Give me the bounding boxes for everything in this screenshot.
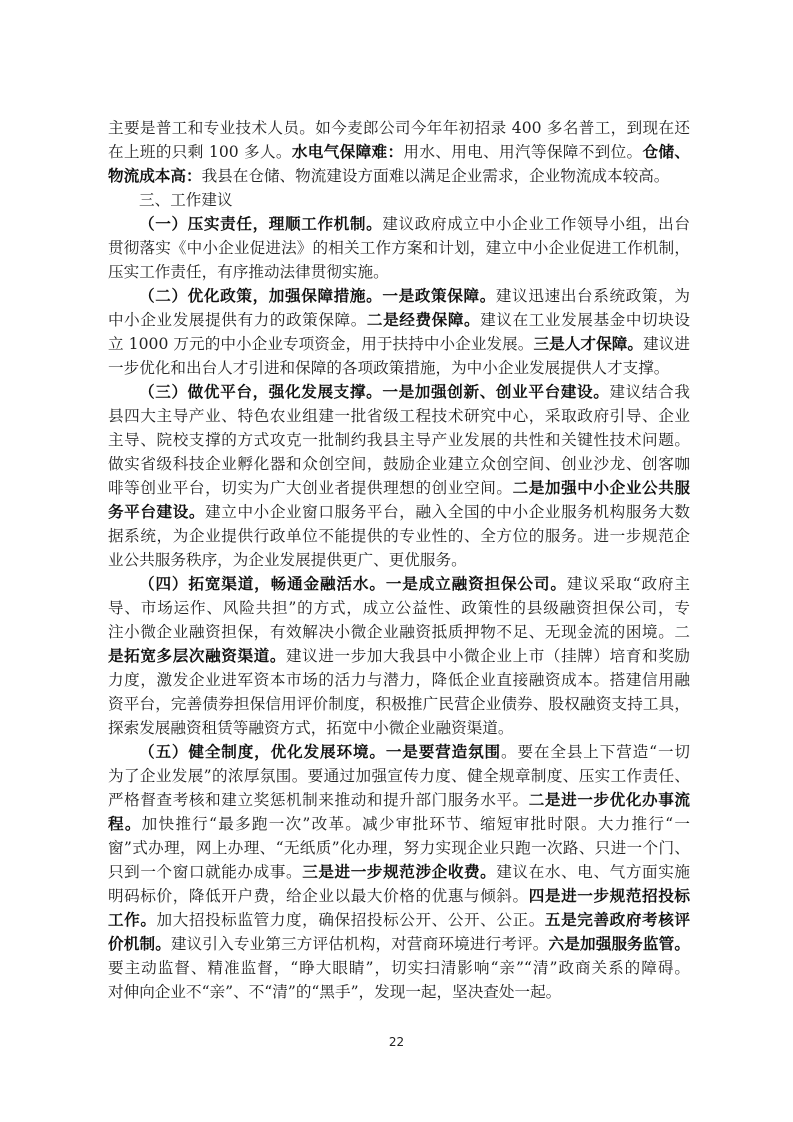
bold-text: 二是经费保障。	[367, 310, 480, 329]
text-line: 主导、院校支撑的方式攻克一批制约我县主导产业发展的共性和关键性技术问题。	[108, 428, 690, 452]
text-run: 加快推行“最多跑一次”改革。减少审批环节、缩短审批时限。大力推行“一	[142, 815, 690, 833]
text-run: 注小微企业融资担保，有效解决小微企业融资抵质押物不足、无现金流的困境。二	[108, 623, 690, 641]
text-run: 明码标价，降低开户费，给企业以最大价格的优惠与倾斜。	[108, 887, 529, 905]
text-run: 建议引入专业第三方评估机构，对营商环境进行考评。	[171, 935, 549, 953]
text-line: 明码标价，降低开户费，给企业以最大价格的优惠与倾斜。四是进一步规范招投标	[108, 884, 690, 908]
bold-text: （四）拓宽渠道，畅通金融活水。一是成立融资担保公司。	[139, 574, 567, 593]
text-line: 探索发展融资租赁等融资方式，拓宽中小微企业融资渠道。	[108, 716, 690, 740]
text-run: 做实省级科技企业孵化器和众创空间，鼓励企业建立众创空间、创业沙龙、创客咖	[108, 455, 690, 473]
bold-text: 二是加强中小企业公共服	[513, 478, 690, 497]
text-line: 一步优化和出台人才引进和保障的各项政策措施，为中小企业发展提供人才支撑。	[108, 356, 690, 380]
text-line: 物流成本高：我县在仓储、物流建设方面难以满足企业需求，企业物流成本较高。	[108, 164, 690, 188]
text-line: 在上班的只剩 100 多人。水电气保障难：用水、用电、用汽等保障不到位。仓储、	[108, 140, 690, 164]
text-run: 为了企业发展”的浓厚氛围。要通过加强宣传力度、健全规章制度、压实工作责任、	[108, 767, 690, 785]
text-line: 业公共服务秩序，为企业发展提供更广、更优服务。	[108, 548, 690, 572]
text-line: 为了企业发展”的浓厚氛围。要通过加强宣传力度、健全规章制度、压实工作责任、	[108, 764, 690, 788]
text-run: 主导、院校支撑的方式攻克一批制约我县主导产业发展的共性和关键性技术问题。	[108, 431, 690, 449]
text-line: 压实工作责任，有序推动法律贯彻实施。	[108, 260, 690, 284]
text-run: 三、工作建议	[139, 191, 233, 209]
text-run: 窗”式办理，网上办理、“无纸质”化办理，努力实现企业只跑一次路、只进一个门、	[108, 839, 690, 857]
text-run: 主要是普工和专业技术人员。如今麦郎公司今年年初招录 400 多名普工，到现在还	[108, 119, 690, 137]
text-line: （五）健全制度，优化发展环境。一是要营造氛围。要在全县上下营造“一切	[108, 740, 690, 764]
bold-text: 水电气保障难：	[292, 142, 404, 161]
text-run: 我县在仓储、物流建设方面难以满足企业需求，企业物流成本较高。	[202, 167, 670, 185]
text-run: 建议进	[643, 335, 690, 353]
text-run: 力度，激发企业进军资本市场的活力与潜力，降低企业直接融资成本。搭建信用融	[108, 671, 690, 689]
text-line: 程。加快推行“最多跑一次”改革。减少审批环节、缩短审批时限。大力推行“一	[108, 812, 690, 836]
bold-text: （一）压实责任，理顺工作机制。	[139, 214, 382, 233]
text-line: 严格督查考核和建立奖惩机制来推动和提升部门服务水平。二是进一步优化办事流	[108, 788, 690, 812]
bold-text: 三是进一步规范涉企收费。	[302, 862, 496, 881]
bold-text: 程。	[108, 814, 142, 833]
bold-text: 仓储、	[643, 142, 690, 161]
text-line: 窗”式办理，网上办理、“无纸质”化办理，努力实现企业只跑一次路、只进一个门、	[108, 836, 690, 860]
page-number: 22	[0, 1035, 793, 1049]
bold-text: 务平台建设。	[108, 502, 205, 521]
text-line: 注小微企业融资担保，有效解决小微企业融资抵质押物不足、无现金流的困境。二	[108, 620, 690, 644]
text-line: 资平台，完善债券担保信用评价制度，积极推广民营企业债券、股权融资支持工具，	[108, 692, 690, 716]
text-run: 建议在工业发展基金中切块设	[480, 311, 690, 329]
text-run: 要主动监督、精准监督，“睁大眼睛”，切实扫清影响“亲”“清”政商关系的障碍。	[108, 959, 690, 977]
bold-text: 工作。	[108, 910, 157, 929]
bold-text: 五是完善政府考核评	[545, 910, 690, 929]
bold-text: 四是进一步规范招投标	[529, 886, 690, 905]
text-run: 对伸向企业不“亲”、不“清”的“黑手”，发现一起，坚决查处一起。	[108, 983, 561, 1001]
text-line: （一）压实责任，理顺工作机制。建议政府成立中小企业工作领导小组，出台	[108, 212, 690, 236]
bold-text: 物流成本高：	[108, 166, 202, 185]
text-run: 建议进一步加大我县中小微企业上市（挂牌）培育和奖励	[286, 647, 690, 665]
text-line: 对伸向企业不“亲”、不“清”的“黑手”，发现一起，坚决查处一起。	[108, 980, 690, 1004]
text-line: 啡等创业平台，切实为广大创业者提供理想的创业空间。二是加强中小企业公共服	[108, 476, 690, 500]
text-run: 在上班的只剩 100 多人。	[108, 143, 292, 161]
text-line: 工作。加大招投标监管力度，确保招投标公开、公开、公正。五是完善政府考核评	[108, 908, 690, 932]
bold-text: 二是进一步优化办事流	[529, 790, 690, 809]
text-line: 做实省级科技企业孵化器和众创空间，鼓励企业建立众创空间、创业沙龙、创客咖	[108, 452, 690, 476]
text-run: 加大招投标监管力度，确保招投标公开、公开、公正。	[157, 911, 545, 929]
bold-text: 三是人才保障。	[533, 334, 643, 353]
text-run: 啡等创业平台，切实为广大创业者提供理想的创业空间。	[108, 479, 513, 497]
text-run: 。要在全县上下营造“一切	[501, 743, 690, 761]
text-line: （四）拓宽渠道，畅通金融活水。一是成立融资担保公司。建议采取“政府主	[108, 572, 690, 596]
text-run: 建立中小企业窗口服务平台，融入全国的中小企业服务机构服务大数	[205, 503, 690, 521]
text-line: 据系统，为企业提供行政单位不能提供的专业性的、全方位的服务。进一步规范企	[108, 524, 690, 548]
text-line: 立 1000 万元的中小企业专项资金，用于扶持中小企业发展。三是人才保障。建议进	[108, 332, 690, 356]
text-line: 是拓宽多层次融资渠道。建议进一步加大我县中小微企业上市（挂牌）培育和奖励	[108, 644, 690, 668]
text-line: （三）做优平台，强化发展支撑。一是加强创新、创业平台建设。建议结合我	[108, 380, 690, 404]
document-body: 主要是普工和专业技术人员。如今麦郎公司今年年初招录 400 多名普工，到现在还在…	[108, 116, 690, 1004]
text-run: 建议结合我	[609, 383, 690, 401]
text-line: 县四大主导产业、特色农业组建一批省级工程技术研究中心，采取政府引导、企业	[108, 404, 690, 428]
text-run: 业公共服务秩序，为企业发展提供更广、更优服务。	[108, 551, 467, 569]
bold-text: 是拓宽多层次融资渠道。	[108, 646, 286, 665]
text-line: 中小企业发展提供有力的政策保障。二是经费保障。建议在工业发展基金中切块设	[108, 308, 690, 332]
bold-text: 六是加强服务监管。	[549, 934, 690, 953]
text-run: 贯彻落实《中小企业促进法》的相关工作方案和计划，建立中小企业促进工作机制，	[108, 239, 690, 257]
section-heading: 三、工作建议	[108, 188, 690, 212]
text-run: 建议采取“政府主	[567, 575, 690, 593]
text-run: 资平台，完善债券担保信用评价制度，积极推广民营企业债券、股权融资支持工具，	[108, 695, 690, 713]
text-line: 导、市场运作、风险共担”的方式，成立公益性、政策性的县级融资担保公司，专	[108, 596, 690, 620]
text-line: 价机制。建议引入专业第三方评估机构，对营商环境进行考评。六是加强服务监管。	[108, 932, 690, 956]
text-run: 据系统，为企业提供行政单位不能提供的专业性的、全方位的服务。进一步规范企	[108, 527, 690, 545]
text-run: 建议在水、电、气方面实施	[496, 863, 690, 881]
text-run: 探索发展融资租赁等融资方式，拓宽中小微企业融资渠道。	[108, 719, 513, 737]
text-line: 贯彻落实《中小企业促进法》的相关工作方案和计划，建立中小企业促进工作机制，	[108, 236, 690, 260]
text-line: 要主动监督、精准监督，“睁大眼睛”，切实扫清影响“亲”“清”政商关系的障碍。	[108, 956, 690, 980]
bold-text: （三）做优平台，强化发展支撑。一是加强创新、创业平台建设。	[139, 382, 609, 401]
text-line: 力度，激发企业进军资本市场的活力与潜力，降低企业直接融资成本。搭建信用融	[108, 668, 690, 692]
text-line: 主要是普工和专业技术人员。如今麦郎公司今年年初招录 400 多名普工，到现在还	[108, 116, 690, 140]
text-line: 只到一个窗口就能办成事。三是进一步规范涉企收费。建议在水、电、气方面实施	[108, 860, 690, 884]
bold-text: （二）优化政策，加强保障措施。一是政策保障。	[139, 286, 496, 305]
text-line: （二）优化政策，加强保障措施。一是政策保障。建议迅速出台系统政策，为	[108, 284, 690, 308]
text-run: 建议政府成立中小企业工作领导小组，出台	[382, 215, 690, 233]
bold-text: 价机制。	[108, 934, 171, 953]
text-run: 一步优化和出台人才引进和保障的各项政策措施，为中小企业发展提供人才支撑。	[108, 359, 669, 377]
bold-text: （五）健全制度，优化发展环境。一是要营造氛围	[139, 742, 501, 761]
text-run: 压实工作责任，有序推动法律贯彻实施。	[108, 263, 389, 281]
text-run: 导、市场运作、风险共担”的方式，成立公益性、政策性的县级融资担保公司，专	[108, 599, 690, 617]
text-run: 严格督查考核和建立奖惩机制来推动和提升部门服务水平。	[108, 791, 529, 809]
text-run: 立 1000 万元的中小企业专项资金，用于扶持中小企业发展。	[108, 335, 533, 353]
text-run: 中小企业发展提供有力的政策保障。	[108, 311, 367, 329]
text-run: 建议迅速出台系统政策，为	[496, 287, 690, 305]
text-run: 用水、用电、用汽等保障不到位。	[403, 143, 642, 161]
text-run: 只到一个窗口就能办成事。	[108, 863, 302, 881]
text-line: 务平台建设。建立中小企业窗口服务平台，融入全国的中小企业服务机构服务大数	[108, 500, 690, 524]
text-run: 县四大主导产业、特色农业组建一批省级工程技术研究中心，采取政府引导、企业	[108, 407, 690, 425]
